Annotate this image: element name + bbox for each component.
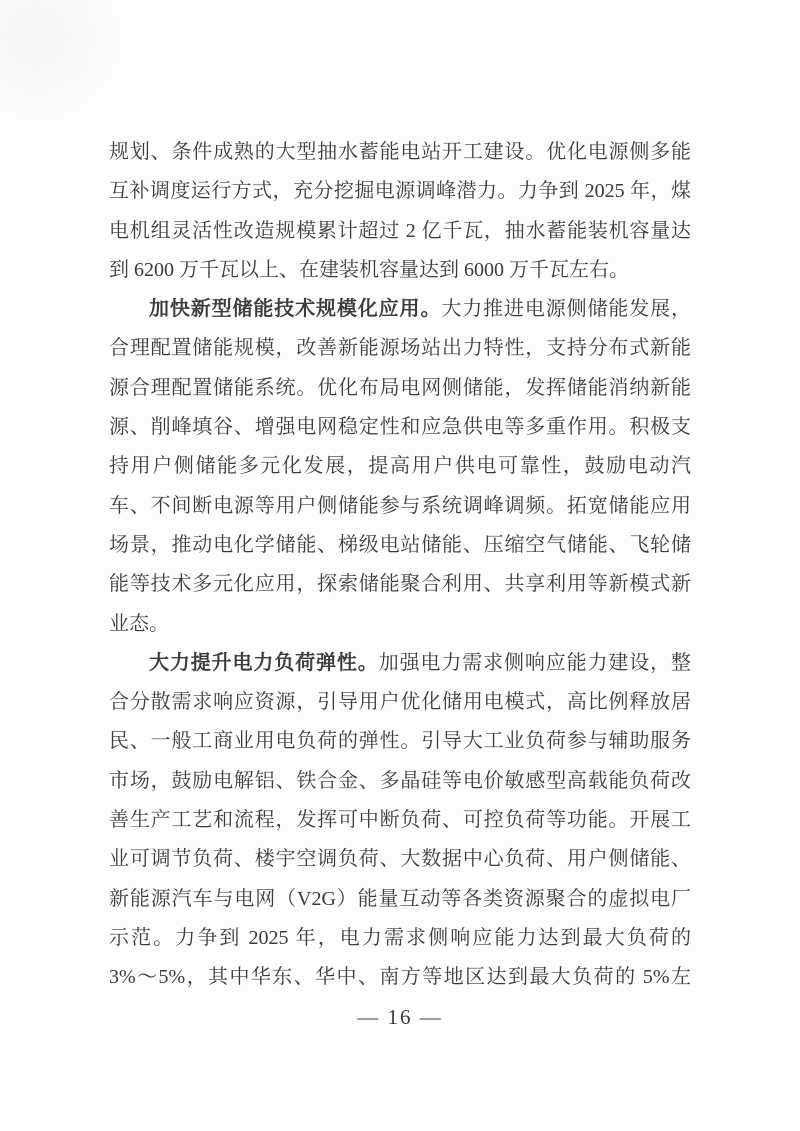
page-number: — 16 —: [357, 1002, 443, 1032]
text-line: 合分散需求响应资源，引导用户优化储用电模式，高比例释放居: [109, 683, 691, 722]
text-line: 3%～5%，其中华东、华中、南方等地区达到最大负荷的 5%左: [109, 958, 691, 997]
text-line: 车、不间断电源等用户侧储能参与系统调峰调频。拓宽储能应用: [109, 487, 691, 526]
paragraph-lead-rest: 加强电力需求侧响应能力建设，整: [379, 652, 691, 674]
text-line: 市场，鼓励电解铝、铁合金、多晶硅等电价敏感型高载能负荷改: [109, 762, 691, 801]
document-page: 规划、条件成熟的大型抽水蓄能电站开工建设。优化电源侧多能 互补调度运行方式，充分…: [0, 0, 800, 1131]
text-line: 持用户侧储能多元化发展，提高用户供电可靠性，鼓励电动汽: [109, 447, 691, 486]
text-line: 示范。力争到 2025 年，电力需求侧响应能力达到最大负荷的: [109, 919, 691, 958]
text-line: 到 6200 万千瓦以上、在建装机容量达到 6000 万千瓦左右。: [109, 251, 691, 290]
text-line: 规划、条件成熟的大型抽水蓄能电站开工建设。优化电源侧多能: [109, 133, 691, 172]
text-line: 加快新型储能技术规模化应用。大力推进电源侧储能发展，: [109, 290, 691, 329]
text-line: 源合理配置储能系统。优化布局电网侧储能，发挥储能消纳新能: [109, 369, 691, 408]
text-line: 业可调节负荷、楼宇空调负荷、大数据中心负荷、用户侧储能、: [109, 840, 691, 879]
paragraph-1: 规划、条件成熟的大型抽水蓄能电站开工建设。优化电源侧多能 互补调度运行方式，充分…: [109, 133, 691, 290]
document-body: 规划、条件成熟的大型抽水蓄能电站开工建设。优化电源侧多能 互补调度运行方式，充分…: [109, 133, 691, 998]
text-line: 电机组灵活性改造规模累计超过 2 亿千瓦，抽水蓄能装机容量达: [109, 212, 691, 251]
paragraph-3: 大力提升电力负荷弹性。加强电力需求侧响应能力建设，整 合分散需求响应资源，引导用…: [109, 644, 691, 998]
text-line: 民、一般工商业用电负荷的弹性。引导大工业负荷参与辅助服务: [109, 722, 691, 761]
text-line: 互补调度运行方式，充分挖掘电源调峰潜力。力争到 2025 年，煤: [109, 172, 691, 211]
text-line: 合理配置储能规模，改善新能源场站出力特性，支持分布式新能: [109, 329, 691, 368]
text-line: 业态。: [109, 605, 691, 644]
text-line: 能等技术多元化应用，探索储能聚合利用、共享利用等新模式新: [109, 565, 691, 604]
text-line: 大力提升电力负荷弹性。加强电力需求侧响应能力建设，整: [109, 644, 691, 683]
text-line: 场景，推动电化学储能、梯级电站储能、压缩空气储能、飞轮储: [109, 526, 691, 565]
text-line: 新能源汽车与电网（V2G）能量互动等各类资源聚合的虚拟电厂: [109, 880, 691, 919]
paragraph-2: 加快新型储能技术规模化应用。大力推进电源侧储能发展， 合理配置储能规模，改善新能…: [109, 290, 691, 644]
paragraph-lead-bold: 大力提升电力负荷弹性。: [149, 652, 379, 674]
text-line: 源、削峰填谷、增强电网稳定性和应急供电等多重作用。积极支: [109, 408, 691, 447]
scan-artifact: [0, 0, 120, 120]
paragraph-lead-rest: 大力推进电源侧储能发展，: [441, 298, 691, 320]
page-footer: — 16 —: [0, 1002, 800, 1032]
text-line: 善生产工艺和流程，发挥可中断负荷、可控负荷等功能。开展工: [109, 801, 691, 840]
paragraph-lead-bold: 加快新型储能技术规模化应用。: [149, 298, 441, 320]
